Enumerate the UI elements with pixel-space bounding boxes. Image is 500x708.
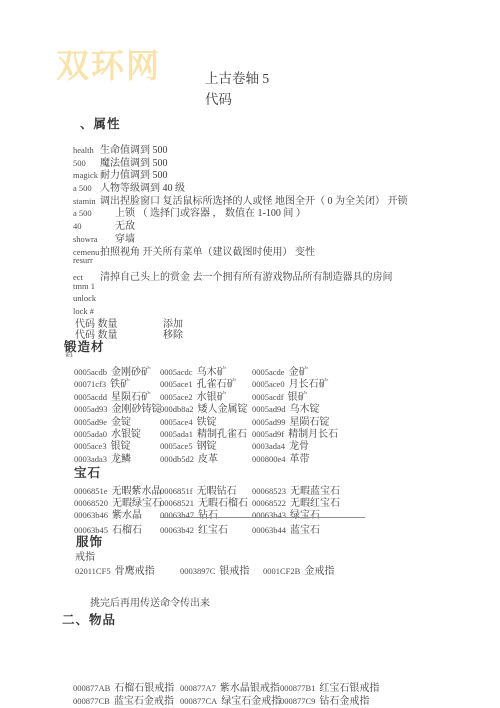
page-title-line2: 代码: [205, 89, 269, 110]
item-name: 蓝宝石金戒指: [114, 696, 174, 707]
command-code: stamin: [73, 196, 100, 206]
command-code: showra: [73, 234, 100, 244]
command-code: tmm 1: [73, 281, 100, 291]
legend-label: 代码 数量: [75, 326, 163, 337]
command-code: a 500: [73, 208, 100, 218]
gems-heading: 宝石: [74, 463, 101, 481]
item-name: 蓝宝石: [290, 525, 320, 536]
attribute-line: stamin调出捏脸窗口 复活鼠标所选择的人或怪 地图全开（ 0 为全关闭） 开…: [73, 192, 493, 205]
attribute-line: showra穿墙: [73, 230, 493, 243]
item-code: 000db5d2: [160, 454, 194, 464]
attributes-list: health生命值调到 500500魔法值调到 500magick耐力值调到 5…: [73, 141, 493, 319]
table-row: 0005ad93金刚砂铸锭000db8a2矮人金属锭0005ad9d乌木锭: [74, 399, 494, 411]
command-code: a 500: [73, 183, 100, 193]
legend-row: 代码 数量添加: [75, 315, 183, 326]
code-item: 0001CF2B金戒指: [263, 561, 495, 579]
table-row: 00068520无暇绿宝石00068521无暇石榴石00068522无暇红宝石: [74, 493, 494, 505]
code-item: 000877CA绿宝石金戒指: [180, 691, 280, 708]
item-code: 000877C9: [280, 696, 315, 706]
item-name: 石榴石: [112, 525, 142, 536]
table-row: 0005ada0水银锭0005ada1精制孔雀石0005ad9f精制月长石: [74, 424, 494, 436]
item-name: 红宝石: [198, 525, 228, 536]
item-code: 000877CB: [73, 696, 110, 706]
attribute-line: cemenu拍照视角 开关所有菜单（建议截图时使用） 变性: [73, 243, 493, 256]
table-row: 0006851e无暇紫水晶0006851f无暇钻石00068523无暇蓝宝石: [74, 481, 494, 493]
command-code: magick: [73, 170, 100, 180]
command-description: 清掉自己头上的赏金 去一个拥有所有游戏物品所有制造器具的房间: [100, 268, 393, 283]
item-code: 0001CF2B: [263, 566, 300, 576]
table-row: 000877AB石榴石银戒指000877A7紫水晶银戒指000877B1红宝石银…: [73, 678, 500, 691]
command-code: unlock: [73, 293, 100, 303]
code-item: 0003897C银戒指: [180, 561, 263, 579]
item-code: 000800e4: [252, 454, 286, 464]
legend-action: 移除: [163, 326, 183, 337]
item-name: 金戒指: [304, 566, 334, 577]
site-watermark: 双环网: [56, 40, 161, 87]
command-code: 500: [73, 158, 100, 168]
command-code: resurr: [73, 255, 100, 265]
page-title-line1: 上古卷轴 5: [205, 68, 269, 89]
rings-table: 02011CF5骨鹰戒指0003897C银戒指0001CF2B金戒指: [75, 561, 495, 574]
code-item: 000db5d2皮革: [160, 449, 252, 467]
transfer-note: 挑完后再用传送命令传出来: [90, 594, 210, 609]
command-code: health: [73, 145, 100, 155]
code-quantity-legend: 代码 数量添加代码 数量移除: [75, 315, 183, 337]
table-row: 00071cf3铁矿0005ace1孔雀石矿0005ace0月长石矿: [74, 374, 494, 386]
item-name: 革带: [290, 454, 310, 465]
item-name: 皮革: [198, 454, 218, 465]
attribute-line: a 500上锁 （ 选择门或容器 ， 数值在 1-100 间 ）: [73, 204, 493, 217]
code-item: 00063b42红宝石: [160, 520, 252, 538]
attribute-line: a 500人物等级调到 40 级: [73, 179, 493, 192]
item-code: 00063b42: [160, 525, 194, 535]
table-row: 02011CF5骨鹰戒指0003897C银戒指0001CF2B金戒指: [75, 561, 495, 574]
section-heading-items: 二、物品: [62, 610, 116, 628]
item-code: 0003897C: [180, 566, 215, 576]
code-item: 000800e4革带: [252, 449, 494, 467]
code-item: 02011CF5骨鹰戒指: [75, 561, 180, 579]
table-row: 00063b46紫水晶00063b47钻石00063b43绿宝石: [74, 505, 494, 517]
document-page: 双环网 上古卷轴 5 代码 、属性 health生命值调到 500500魔法值调…: [0, 0, 500, 708]
item-code: 00063b44: [252, 525, 286, 535]
item-name: 骨鹰戒指: [115, 566, 155, 577]
gems-table-continued: 00063b45石榴石00063b42红宝石00063b44蓝宝石: [74, 520, 494, 532]
item-code: 00063b43: [252, 510, 286, 520]
item-code: 000877CA: [180, 696, 217, 706]
command-code: 40: [73, 221, 100, 231]
attribute-line: ect清掉自己头上的赏金 去一个拥有所有游戏物品所有制造器具的房间: [73, 268, 493, 281]
section-heading-attributes: 、属性: [80, 114, 121, 132]
code-item: 000877C9钻石金戒指: [280, 691, 500, 708]
legend-label: 代码 数量: [75, 315, 163, 326]
table-row: 00063b45石榴石00063b42红宝石00063b44蓝宝石: [74, 520, 494, 532]
attribute-line: magick耐力值调到 500: [73, 166, 493, 179]
item-name: 银戒指: [219, 566, 249, 577]
table-row: 000877CB蓝宝石金戒指000877CA绿宝石金戒指000877C9钻石金戒…: [73, 691, 500, 704]
item-name: 绿宝石金戒指: [221, 696, 281, 707]
attribute-line: 500魔法值调到 500: [73, 154, 493, 167]
code-item: 000877CB蓝宝石金戒指: [73, 691, 180, 708]
gems-divider-line: [160, 517, 365, 518]
item-code: 02011CF5: [75, 566, 111, 576]
attribute-line: health生命值调到 500: [73, 141, 493, 154]
table-row: 0005acdb金刚砂矿0005acdc乌木矿0005acde金矿: [74, 362, 494, 374]
gems-table: 0006851e无暇紫水晶0006851f无暇钻石00068523无暇蓝宝石00…: [74, 481, 494, 517]
materials-heading-overflow: 料: [65, 352, 73, 357]
command-description: 拍照视角 开关所有菜单（建议截图时使用） 变性: [100, 243, 315, 258]
legend-action: 添加: [163, 315, 183, 326]
legend-row: 代码 数量移除: [75, 326, 183, 337]
table-row: 0005ad9e金锭0005ace4铁锭0005ad99星陨石锭: [74, 412, 494, 424]
attribute-line: unlock: [73, 293, 493, 306]
item-name: 龙鳞: [111, 454, 131, 465]
table-row: 0005acdd星陨石矿0005ace2水银矿0005acdf银矿: [74, 387, 494, 399]
page-title: 上古卷轴 5 代码: [205, 68, 269, 110]
item-code: 00063b46: [74, 510, 108, 520]
command-description: 上锁 （ 选择门或容器 ， 数值在 1-100 间 ）: [115, 204, 306, 219]
table-row: 0005ace3银锭0005ace5钢锭0003ada4龙骨: [74, 436, 494, 448]
bottom-rings-table: 000877AB石榴石银戒指000877A7紫水晶银戒指000877B1红宝石银…: [73, 678, 500, 704]
code-item: 00063b44蓝宝石: [252, 520, 494, 538]
materials-table: 0005acdb金刚砂矿0005acdc乌木矿0005acde金矿00071cf…: [74, 362, 494, 461]
table-row: 0003ada3龙鳞000db5d2皮革000800e4革带: [74, 449, 494, 461]
item-name: 钻石金戒指: [319, 696, 369, 707]
item-code: 00063b47: [160, 510, 194, 520]
